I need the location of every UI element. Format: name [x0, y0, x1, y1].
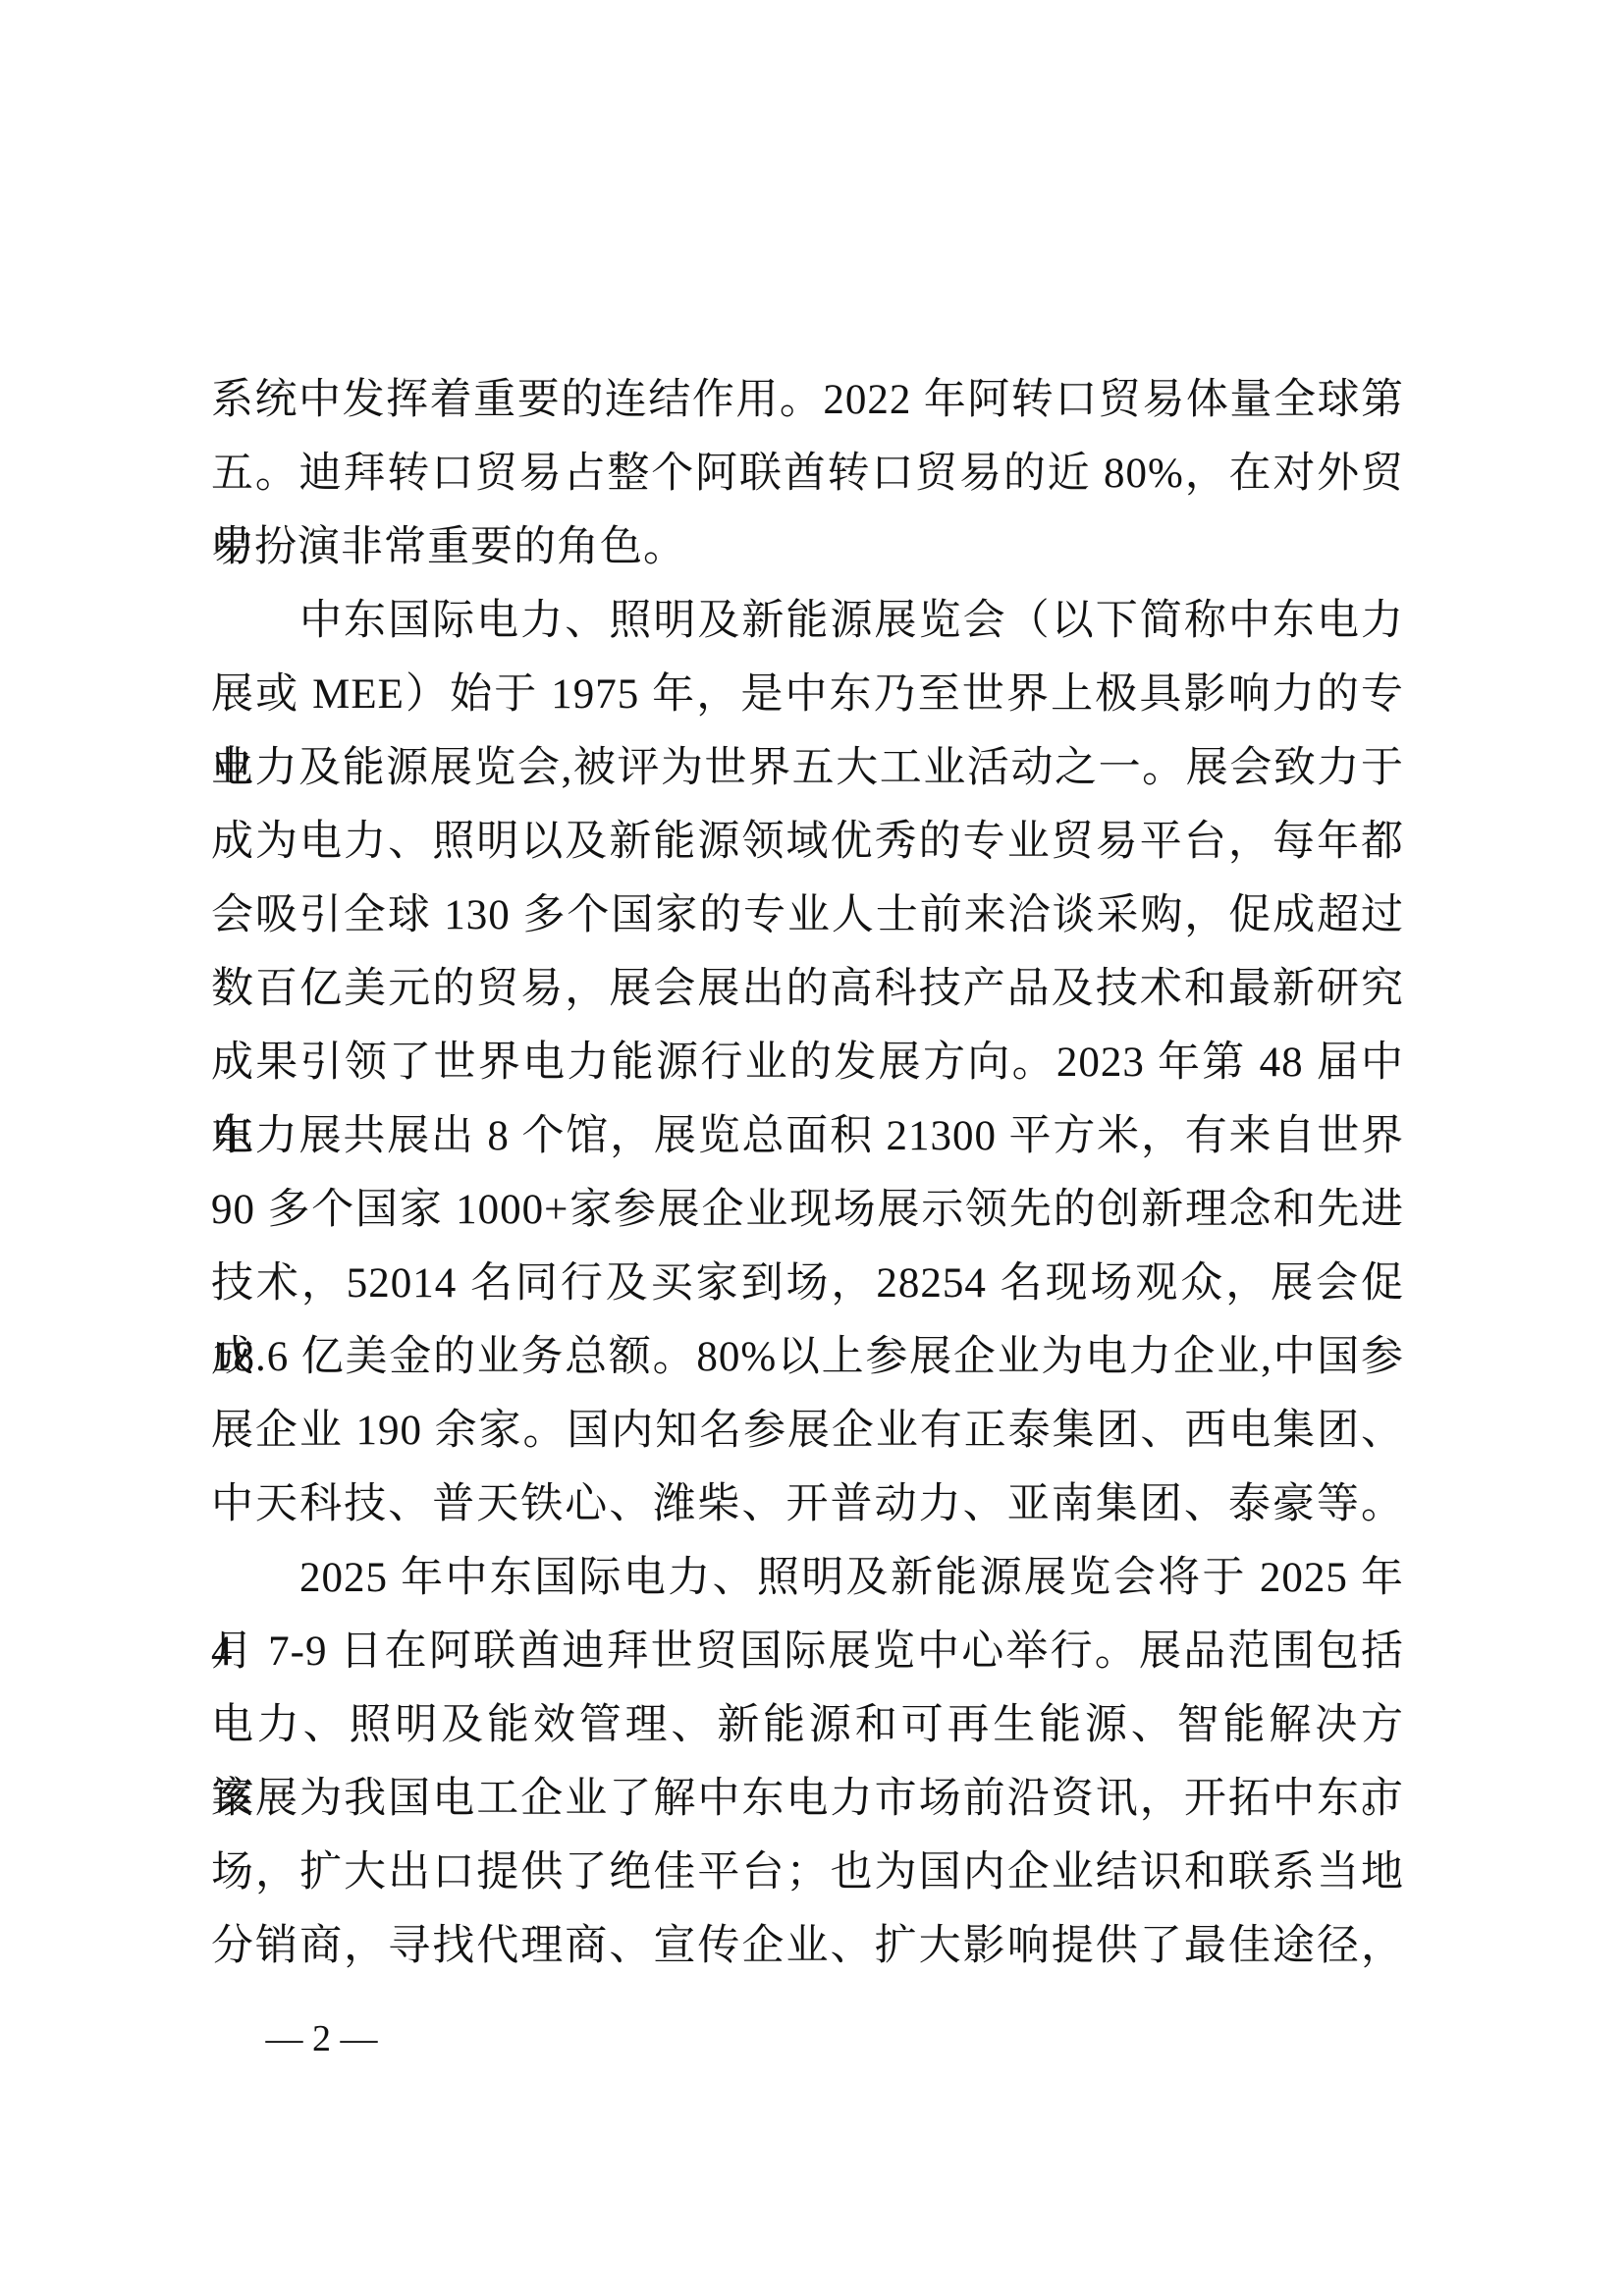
- text-line: 电力、照明及能效管理、新能源和可再生能源、智能解决方案。: [211, 1688, 1404, 1762]
- text-line: 电力展共展出 8 个馆，展览总面积 21300 平方米，有来自世界: [211, 1099, 1404, 1173]
- text-line: 90 多个国家 1000+家参展企业现场展示领先的创新理念和先进: [211, 1173, 1404, 1247]
- text-line: 展或 MEE）始于 1975 年，是中东乃至世界上极具影响力的专业: [211, 658, 1404, 731]
- text-line: 成为电力、照明以及新能源领域优秀的专业贸易平台，每年都: [211, 805, 1404, 879]
- text-line: 2025 年中东国际电力、照明及新能源展览会将于 2025 年 4: [211, 1541, 1404, 1615]
- text-line: 展企业 190 余家。国内知名参展企业有正泰集团、西电集团、: [211, 1394, 1404, 1468]
- text-line: 中天科技、普天铁心、潍柴、开普动力、亚南集团、泰豪等。: [211, 1468, 1404, 1541]
- page-number: — 2 —: [245, 2017, 398, 2060]
- text-line: 月 7-9 日在阿联酋迪拜世贸国际展览中心举行。展品范围包括: [211, 1615, 1404, 1688]
- text-line: 场，扩大出口提供了绝佳平台；也为国内企业结识和联系当地: [211, 1836, 1404, 1909]
- text-line: 分销商，寻找代理商、宣传企业、扩大影响提供了最佳途径，: [211, 1909, 1404, 1983]
- document-page: 系统中发挥着重要的连结作用。2022 年阿转口贸易体量全球第 五。迪拜转口贸易占…: [0, 0, 1624, 2296]
- text-block: 系统中发挥着重要的连结作用。2022 年阿转口贸易体量全球第 五。迪拜转口贸易占…: [211, 363, 1404, 1983]
- text-line: 技术，52014 名同行及买家到场，28254 名现场观众，展会促成: [211, 1247, 1404, 1320]
- text-line: 中东国际电力、照明及新能源展览会（以下简称中东电力: [211, 584, 1404, 658]
- text-line: 电力及能源展览会,被评为世界五大工业活动之一。展会致力于: [211, 731, 1404, 805]
- text-line: 系统中发挥着重要的连结作用。2022 年阿转口贸易体量全球第: [211, 363, 1404, 437]
- text-line: 数百亿美元的贸易，展会展出的高科技产品及技术和最新研究: [211, 952, 1404, 1026]
- text-line: 该展为我国电工企业了解中东电力市场前沿资讯，开拓中东市: [211, 1762, 1404, 1836]
- text-line: 成果引领了世界电力能源行业的发展方向。2023 年第 48 届中东: [211, 1026, 1404, 1099]
- text-line: 18.6 亿美金的业务总额。80%以上参展企业为电力企业,中国参: [211, 1320, 1404, 1394]
- text-line: 五。迪拜转口贸易占整个阿联酋转口贸易的近 80%，在对外贸易: [211, 437, 1404, 510]
- text-line: 中扮演非常重要的角色。: [211, 510, 1404, 584]
- text-line: 会吸引全球 130 多个国家的专业人士前来洽谈采购，促成超过: [211, 879, 1404, 952]
